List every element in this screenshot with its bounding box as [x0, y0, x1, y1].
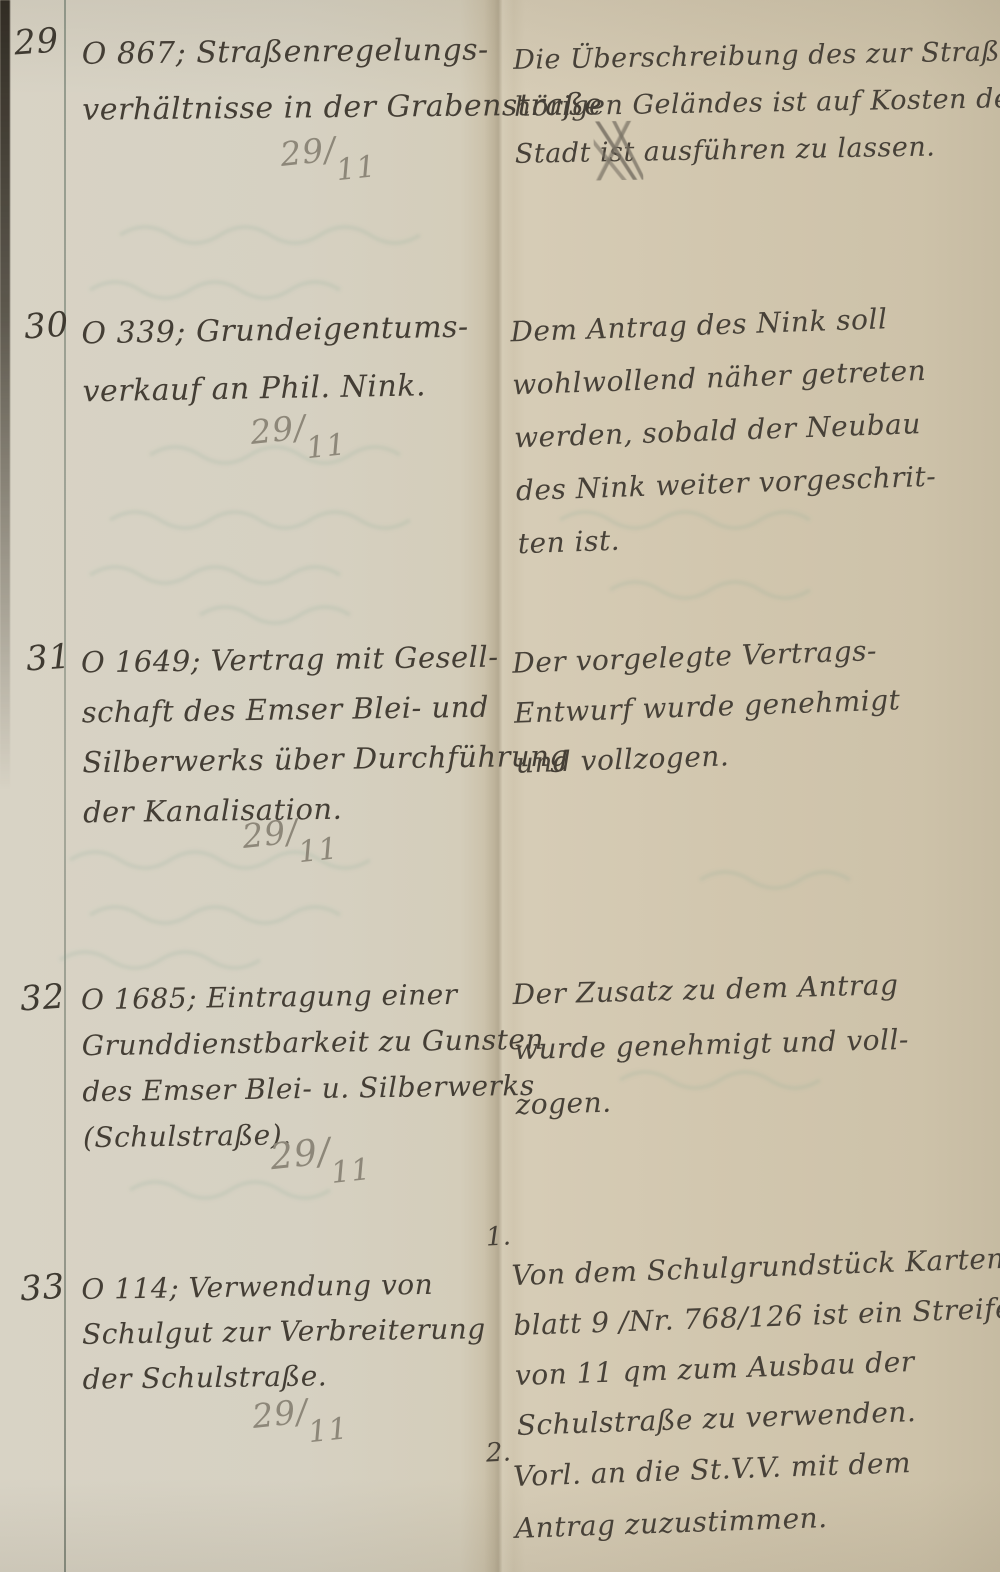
subject-line: des Emser Blei- u. Silberwerks: [82, 1063, 545, 1115]
struck-word: ist: [600, 129, 636, 177]
subject-line: schaft des Emser Blei- und: [81, 681, 568, 738]
entry-decision: Die Überschreibung des zur Straße ge- hö…: [513, 27, 1000, 178]
manuscript-page: 29 O 867; Straßenregelungs- verhältnisse…: [0, 0, 1000, 1572]
entry-number: 31: [25, 636, 73, 679]
book-edge-shadow: [0, 0, 10, 790]
subject-line: Silberwerks über Durchführung: [82, 731, 569, 788]
entry-subject: O 114; Verwendung von Schulgut zur Verbr…: [81, 1261, 487, 1402]
entry-subject: O 339; Grundeigentums- verkauf an Phil. …: [81, 299, 470, 422]
entry-decision-item: Vorl. an die St.V.V. mit dem Antrag zuzu…: [512, 1437, 913, 1555]
decision-line: wurde genehmigt und voll-: [513, 1012, 909, 1077]
subject-line: O 1649; Vertrag mit Gesell-: [81, 631, 568, 688]
margin-rule-line: [64, 0, 66, 1572]
entry-number: 30: [23, 304, 71, 347]
entry-decision: Der vorgelegte Vertrags- Entwurf wurde g…: [512, 625, 903, 788]
decision-item-marker: 1.: [485, 1221, 511, 1252]
entry-number: 32: [19, 976, 67, 1019]
entry-decision: Der Zusatz zu dem Antrag wurde genehmigt…: [512, 957, 911, 1132]
entry-decision: Dem Antrag des Nink soll wohlwollend näh…: [510, 291, 939, 571]
entry-number: 29: [13, 20, 61, 63]
decision-line: Stadtistausführen zu lassen.: [514, 121, 1000, 178]
decision-line: hörigen Geländes ist auf Kosten der: [514, 74, 1000, 131]
subject-line: O 339; Grundeigentums-: [81, 299, 469, 364]
decision-line: Die Überschreibung des zur Straße ge-: [513, 27, 1000, 84]
decision-line: zogen.: [515, 1067, 911, 1132]
subject-line: Grunddienstbarkeit zu Gunsten: [81, 1017, 544, 1069]
subject-line: O 114; Verwendung von: [81, 1261, 485, 1312]
entry-subject: O 1649; Vertrag mit Gesell- schaft des E…: [81, 631, 570, 838]
entry-number: 33: [19, 1266, 67, 1309]
decision-item-marker: 2.: [485, 1437, 511, 1468]
entry-decision-item: Von dem Schulgrundstück Karten- blatt 9 …: [511, 1233, 1000, 1451]
subject-line: Schulgut zur Verbreiterung: [82, 1306, 486, 1357]
subject-line: O 1685; Eintragung einer: [81, 971, 544, 1023]
